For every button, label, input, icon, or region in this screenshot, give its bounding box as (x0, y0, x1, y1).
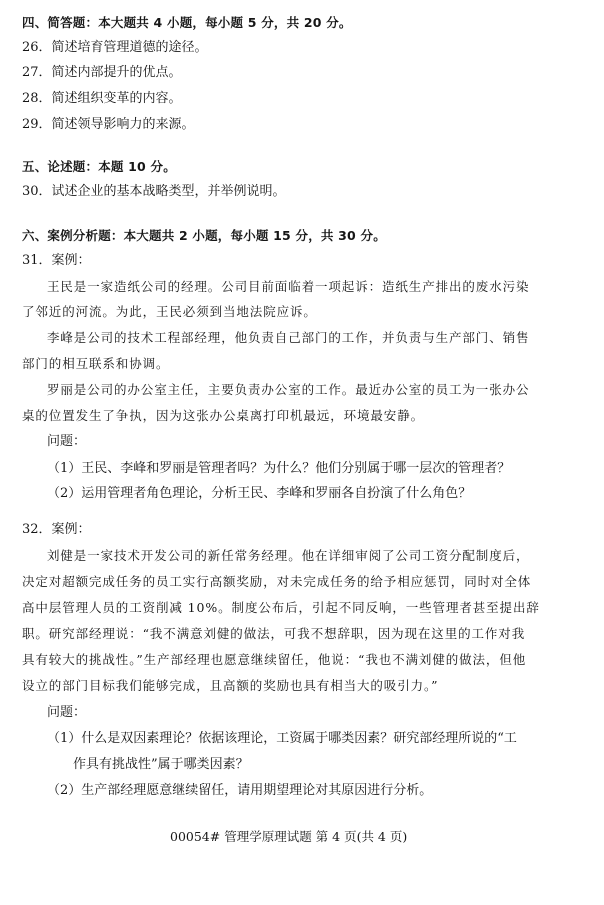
section-4-heading: 四、简答题：本大题共 4 小题，每小题 5 分，共 20 分。 (22, 15, 352, 31)
case-31-text-line: 桌的位置发生了争执，因为这张办公桌离打印机最远，环境最安静。 (22, 408, 424, 424)
case-32-question-2: （2）生产部经理愿意继续留任，请用期望理论对其原因进行分析。 (47, 783, 432, 799)
question-29: 29．简述领导影响力的来源。 (22, 117, 195, 133)
case-31-questions-label: 问题： (47, 434, 86, 450)
question-26: 26．简述培育管理道德的途径。 (22, 40, 208, 56)
case-32-text-line: 具有较大的挑战性。”生产部经理也愿意继续留任，他说：“我也不满刘健的做法，但他 (22, 652, 526, 668)
question-31-label: 31．案例： (22, 253, 91, 269)
case-32-text-line: 刘健是一家技术开发公司的新任常务经理。他在详细审阅了公司工资分配制度后， (47, 548, 529, 564)
question-28: 28．简述组织变革的内容。 (22, 91, 182, 107)
case-31-text-line: 罗丽是公司的办公室主任，主要负责办公室的工作。最近办公室的员工为一张办公 (47, 382, 529, 398)
question-30: 30．试述企业的基本战略类型，并举例说明。 (22, 184, 286, 200)
case-31-text-line: 部门的相互联系和协调。 (22, 356, 169, 372)
case-32-text-line: 决定对超额完成任务的员工实行高额奖励，对未完成任务的给予相应惩罚，同时对全体 (22, 574, 531, 590)
section-6-heading: 六、案例分析题：本大题共 2 小题，每小题 15 分，共 30 分。 (22, 228, 386, 244)
case-31-text-line: 李峰是公司的技术工程部经理，他负责自己部门的工作，并负责与生产部门、销售 (47, 330, 529, 346)
case-32-text-line: 高中层管理人员的工资削减 10%。制度公布后，引起不同反响，一些管理者甚至提出辞 (22, 600, 540, 616)
case-31-text-line: 了邻近的河流。为此，王民必须到当地法院应诉。 (22, 304, 317, 320)
case-32-questions-label: 问题： (47, 705, 86, 721)
case-32-text-line: 设立的部门目标我们能够完成，且高额的奖励也具有相当大的吸引力。” (22, 678, 438, 694)
page-footer: 00054# 管理学原理试题 第 4 页(共 4 页) (170, 827, 407, 845)
case-32-text-line: 职。研究部经理说：“我不满意刘健的做法，可我不想辞职，因为现在这里的工作对我 (22, 626, 525, 642)
case-31-question-2: （2）运用管理者角色理论，分析王民、李峰和罗丽各自扮演了什么角色？ (47, 486, 471, 502)
case-32-question-1-continued: 作具有挑战性”属于哪类因素？ (73, 757, 249, 773)
section-5-heading: 五、论述题：本题 10 分。 (22, 159, 176, 175)
question-27: 27．简述内部提升的优点。 (22, 65, 182, 81)
question-32-label: 32．案例： (22, 522, 91, 538)
case-31-question-1: （1）王民、李峰和罗丽是管理者吗？为什么？他们分别属于哪一层次的管理者？ (47, 461, 510, 477)
case-32-question-1: （1）什么是双因素理论？依据该理论，工资属于哪类因素？研究部经理所说的“工 (47, 731, 517, 747)
case-31-text-line: 王民是一家造纸公司的经理。公司目前面临着一项起诉：造纸生产排出的废水污染 (47, 279, 529, 295)
